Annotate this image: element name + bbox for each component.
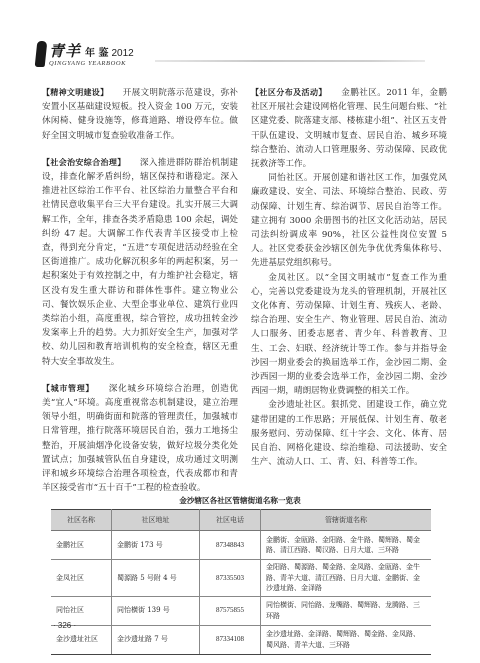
yearbook-logo: 青羊 年 鉴 2012 QINGYANG YEARBOOK bbox=[36, 40, 134, 67]
section-text: 金鹏社区。2011 年，金鹏社区开展社会建设网格化管理、民生问题台账、“社区建党… bbox=[251, 88, 447, 169]
community-jinfeng: 金凤社区。以“全国文明城市”复查工作为重心，完善以党委建设为龙头的管理机制，开展… bbox=[251, 271, 447, 399]
streets-cell: 同怡横街、同怡路、龙嘴路、蜀辉路、龙腾路、三环路 bbox=[261, 596, 432, 625]
table-title: 金沙辖区各社区管辖街道名称一览表 bbox=[0, 495, 480, 506]
section-tag: 【精神文明建设】 bbox=[42, 88, 108, 97]
column-header: 社区地址 bbox=[112, 510, 200, 531]
left-column: 【精神文明建设】开展文明院落示范建设，弥补安置小区基础建设短板。投入资金 100… bbox=[42, 86, 238, 495]
section-public-security: 【社会治安综合治理】深入推进群防群治机制建设，排查化解矛盾纠纷，辖区保持和谐稳定… bbox=[42, 156, 238, 369]
section-tag: 【社区分布及活动】 bbox=[251, 88, 327, 97]
section-text: 深入推进群防群治机制建设，排查化解矛盾纠纷，辖区保持和谐稳定。深入推进社区综治工… bbox=[42, 158, 238, 367]
logo-chinese-title: 青羊 bbox=[49, 40, 81, 61]
column-header: 社区名称 bbox=[51, 510, 112, 531]
community-address-cell: 金沙遗址路 7 号 bbox=[112, 625, 200, 654]
column-header: 社区电话 bbox=[200, 510, 261, 531]
community-tongyi: 同怡社区。开展创建和谐社区工作，加强党风廉政建设、安全、司法、环境综合整治、民政… bbox=[251, 171, 447, 270]
community-jinsha-site: 金沙遗址社区。狠抓党、团建设工作，确立党建带团建的工作思路；开展低保、计划生育、… bbox=[251, 398, 447, 469]
section-tag: 【城市管理】 bbox=[42, 384, 94, 393]
community-phone-cell: 87575855 bbox=[200, 596, 261, 625]
streets-cell: 金阳路、蜀源路、蜀金路、金凤路、金瓯路、金牛路、青羊大道、清江西路、日月大道、金… bbox=[261, 560, 432, 597]
community-address-cell: 金鹏街 173 号 bbox=[112, 531, 200, 560]
table-header-row: 社区名称 社区地址 社区电话 管辖街道名称 bbox=[51, 510, 431, 531]
page-number: · 326 · bbox=[53, 621, 76, 630]
streets-cell: 金沙遗址路、金泽路、蜀辉路、蜀金路、金凤路、蜀风路、青羊大道、三环路 bbox=[261, 625, 432, 654]
logo-year: 2012 bbox=[112, 48, 134, 59]
logo-english-title: QINGYANG YEARBOOK bbox=[49, 60, 134, 67]
community-phone-cell: 87334108 bbox=[200, 625, 261, 654]
section-spiritual-civilization: 【精神文明建设】开展文明院落示范建设，弥补安置小区基础建设短板。投入资金 100… bbox=[42, 86, 238, 143]
table-row: 金凤社区 蜀源路 5 号附 4 号 87335503 金阳路、蜀源路、蜀金路、金… bbox=[51, 560, 431, 597]
page-header: 青羊 年 鉴 2012 QINGYANG YEARBOOK bbox=[36, 40, 456, 72]
table-row: 金鹏社区 金鹏街 173 号 87348843 金鹏街、金瓯路、金阳路、金牛路、… bbox=[51, 531, 431, 560]
community-name-cell: 金鹏社区 bbox=[51, 531, 112, 560]
community-phone-cell: 87348843 bbox=[200, 531, 261, 560]
streets-cell: 金鹏街、金瓯路、金阳路、金牛路、蜀辉路、蜀金路、清江西路、蜀汉路、日月大道、三环… bbox=[261, 531, 432, 560]
community-address-cell: 蜀源路 5 号附 4 号 bbox=[112, 560, 200, 597]
section-community-distribution: 【社区分布及活动】金鹏社区。2011 年，金鹏社区开展社会建设网格化管理、民生问… bbox=[251, 86, 447, 171]
table-row: 同怡社区 同怡横街 139 号 87575855 同怡横街、同怡路、龙嘴路、蜀辉… bbox=[51, 596, 431, 625]
logo-yearbook-label: 年 鉴 bbox=[85, 44, 108, 59]
section-text: 深化城乡环境综合治理，创造优美“宜人”环境。高度重视常态机制建设，建立治理领导小… bbox=[42, 384, 238, 493]
section-tag: 【社会治安综合治理】 bbox=[42, 158, 126, 167]
community-phone-cell: 87335503 bbox=[200, 560, 261, 597]
calligraphy-figure-icon bbox=[35, 41, 48, 67]
right-column: 【社区分布及活动】金鹏社区。2011 年，金鹏社区开展社会建设网格化管理、民生问… bbox=[251, 86, 447, 469]
community-address-cell: 同怡横街 139 号 bbox=[112, 596, 200, 625]
table-row: 金沙遗址社区 金沙遗址路 7 号 87334108 金沙遗址路、金泽路、蜀辉路、… bbox=[51, 625, 431, 654]
community-streets-table: 社区名称 社区地址 社区电话 管辖街道名称 金鹏社区 金鹏街 173 号 873… bbox=[51, 509, 431, 655]
column-header: 管辖街道名称 bbox=[261, 510, 432, 531]
community-name-cell: 金凤社区 bbox=[51, 560, 112, 597]
header-divider bbox=[155, 60, 425, 62]
section-city-management: 【城市管理】深化城乡环境综合治理，创造优美“宜人”环境。高度重视常态机制建设，建… bbox=[42, 382, 238, 496]
